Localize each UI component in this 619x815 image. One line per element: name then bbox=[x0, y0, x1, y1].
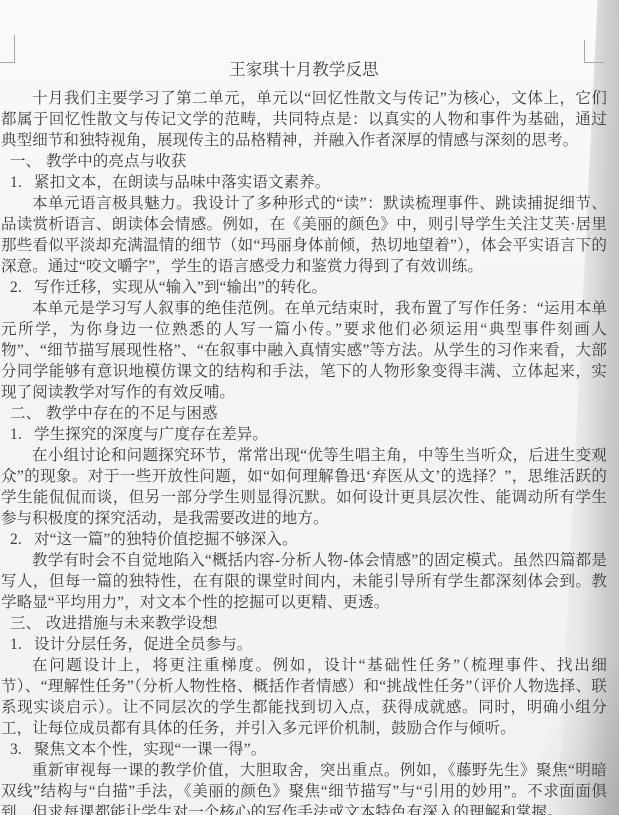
list-item: 1.学生探究的深度与广度存在差异。 bbox=[1, 424, 607, 445]
section-heading: 三、改进措施与未来教学设想 bbox=[1, 613, 607, 634]
section-heading: 一、教学中的亮点与收获 bbox=[1, 151, 607, 172]
block-text: 教学中的亮点与收获 bbox=[46, 153, 186, 170]
block-text: 对“这一篇”的独特价值挖掘不够深入。 bbox=[34, 531, 298, 548]
block-text: 教学中存在的不足与困惑 bbox=[46, 405, 218, 422]
block-text: 改进措施与未来教学设想 bbox=[46, 615, 218, 632]
block-text: 学生探究的深度与广度存在差异。 bbox=[34, 426, 268, 443]
scanned-document-photo: { "page": { "paper_color": "#f6f5f3", "t… bbox=[0, 0, 619, 815]
paragraph: 十月我们主要学习了第二单元，单元以“回忆性散文与传记”为核心，文体上，它们都属于… bbox=[1, 88, 607, 151]
paragraph: 本单元语言极具魅力。我设计了多种形式的“读”：默读梳理事件、跳读捕捉细节、品读赏… bbox=[1, 193, 607, 277]
list-item: 1.设计分层任务，促进全员参与。 bbox=[1, 634, 607, 655]
block-text: 写作迁移，实现从“输入”到“输出”的转化。 bbox=[34, 279, 327, 296]
document-body: 王家琪十月教学反思 十月我们主要学习了第二单元，单元以“回忆性散文与传记”为核心… bbox=[1, 57, 607, 815]
list-item: 1.紧扣文本，在朗读与品味中落实语文素养。 bbox=[1, 172, 607, 193]
block-text: 紧扣文本，在朗读与品味中落实语文素养。 bbox=[34, 174, 330, 191]
list-marker: 3. bbox=[10, 739, 34, 760]
list-marker: 2. bbox=[10, 277, 34, 298]
list-marker: 1. bbox=[10, 424, 34, 445]
list-item: 3.聚焦文本个性，实现“一课一得”。 bbox=[1, 739, 607, 760]
list-item: 2.对“这一篇”的独特价值挖掘不够深入。 bbox=[1, 529, 607, 550]
list-marker: 1. bbox=[10, 634, 34, 655]
list-item: 2.写作迁移，实现从“输入”到“输出”的转化。 bbox=[1, 277, 607, 298]
paragraph: 重新审视每一课的教学价值，大胆取舍，突出重点。例如，《藤野先生》聚焦“明暗双线”… bbox=[1, 760, 607, 815]
section-heading: 二、教学中存在的不足与困惑 bbox=[1, 403, 607, 424]
list-marker: 1. bbox=[10, 172, 34, 193]
document-title: 王家琪十月教学反思 bbox=[1, 57, 607, 83]
list-marker: 一、 bbox=[10, 151, 46, 172]
list-marker: 三、 bbox=[10, 613, 46, 634]
block-text: 设计分层任务，促进全员参与。 bbox=[34, 636, 252, 653]
paragraph: 在问题设计上，将更注重梯度。例如，设计“基础性任务”（梳理事件、找出细节）、“理… bbox=[1, 655, 607, 739]
paragraph: 教学有时会不自觉地陷入“概括内容-分析人物-体会情感”的固定模式。虽然四篇都是写… bbox=[1, 550, 607, 613]
paragraph: 本单元是学习写人叙事的绝佳范例。在单元结束时，我布置了写作任务：“运用本单元所学… bbox=[1, 298, 607, 403]
list-marker: 2. bbox=[10, 529, 34, 550]
block-text: 聚焦文本个性，实现“一课一得”。 bbox=[34, 741, 266, 758]
list-marker: 二、 bbox=[10, 403, 46, 424]
paragraph: 在小组讨论和问题探究环节，常常出现“优等生唱主角，中等生当听众，后进生变观众”的… bbox=[1, 445, 607, 529]
